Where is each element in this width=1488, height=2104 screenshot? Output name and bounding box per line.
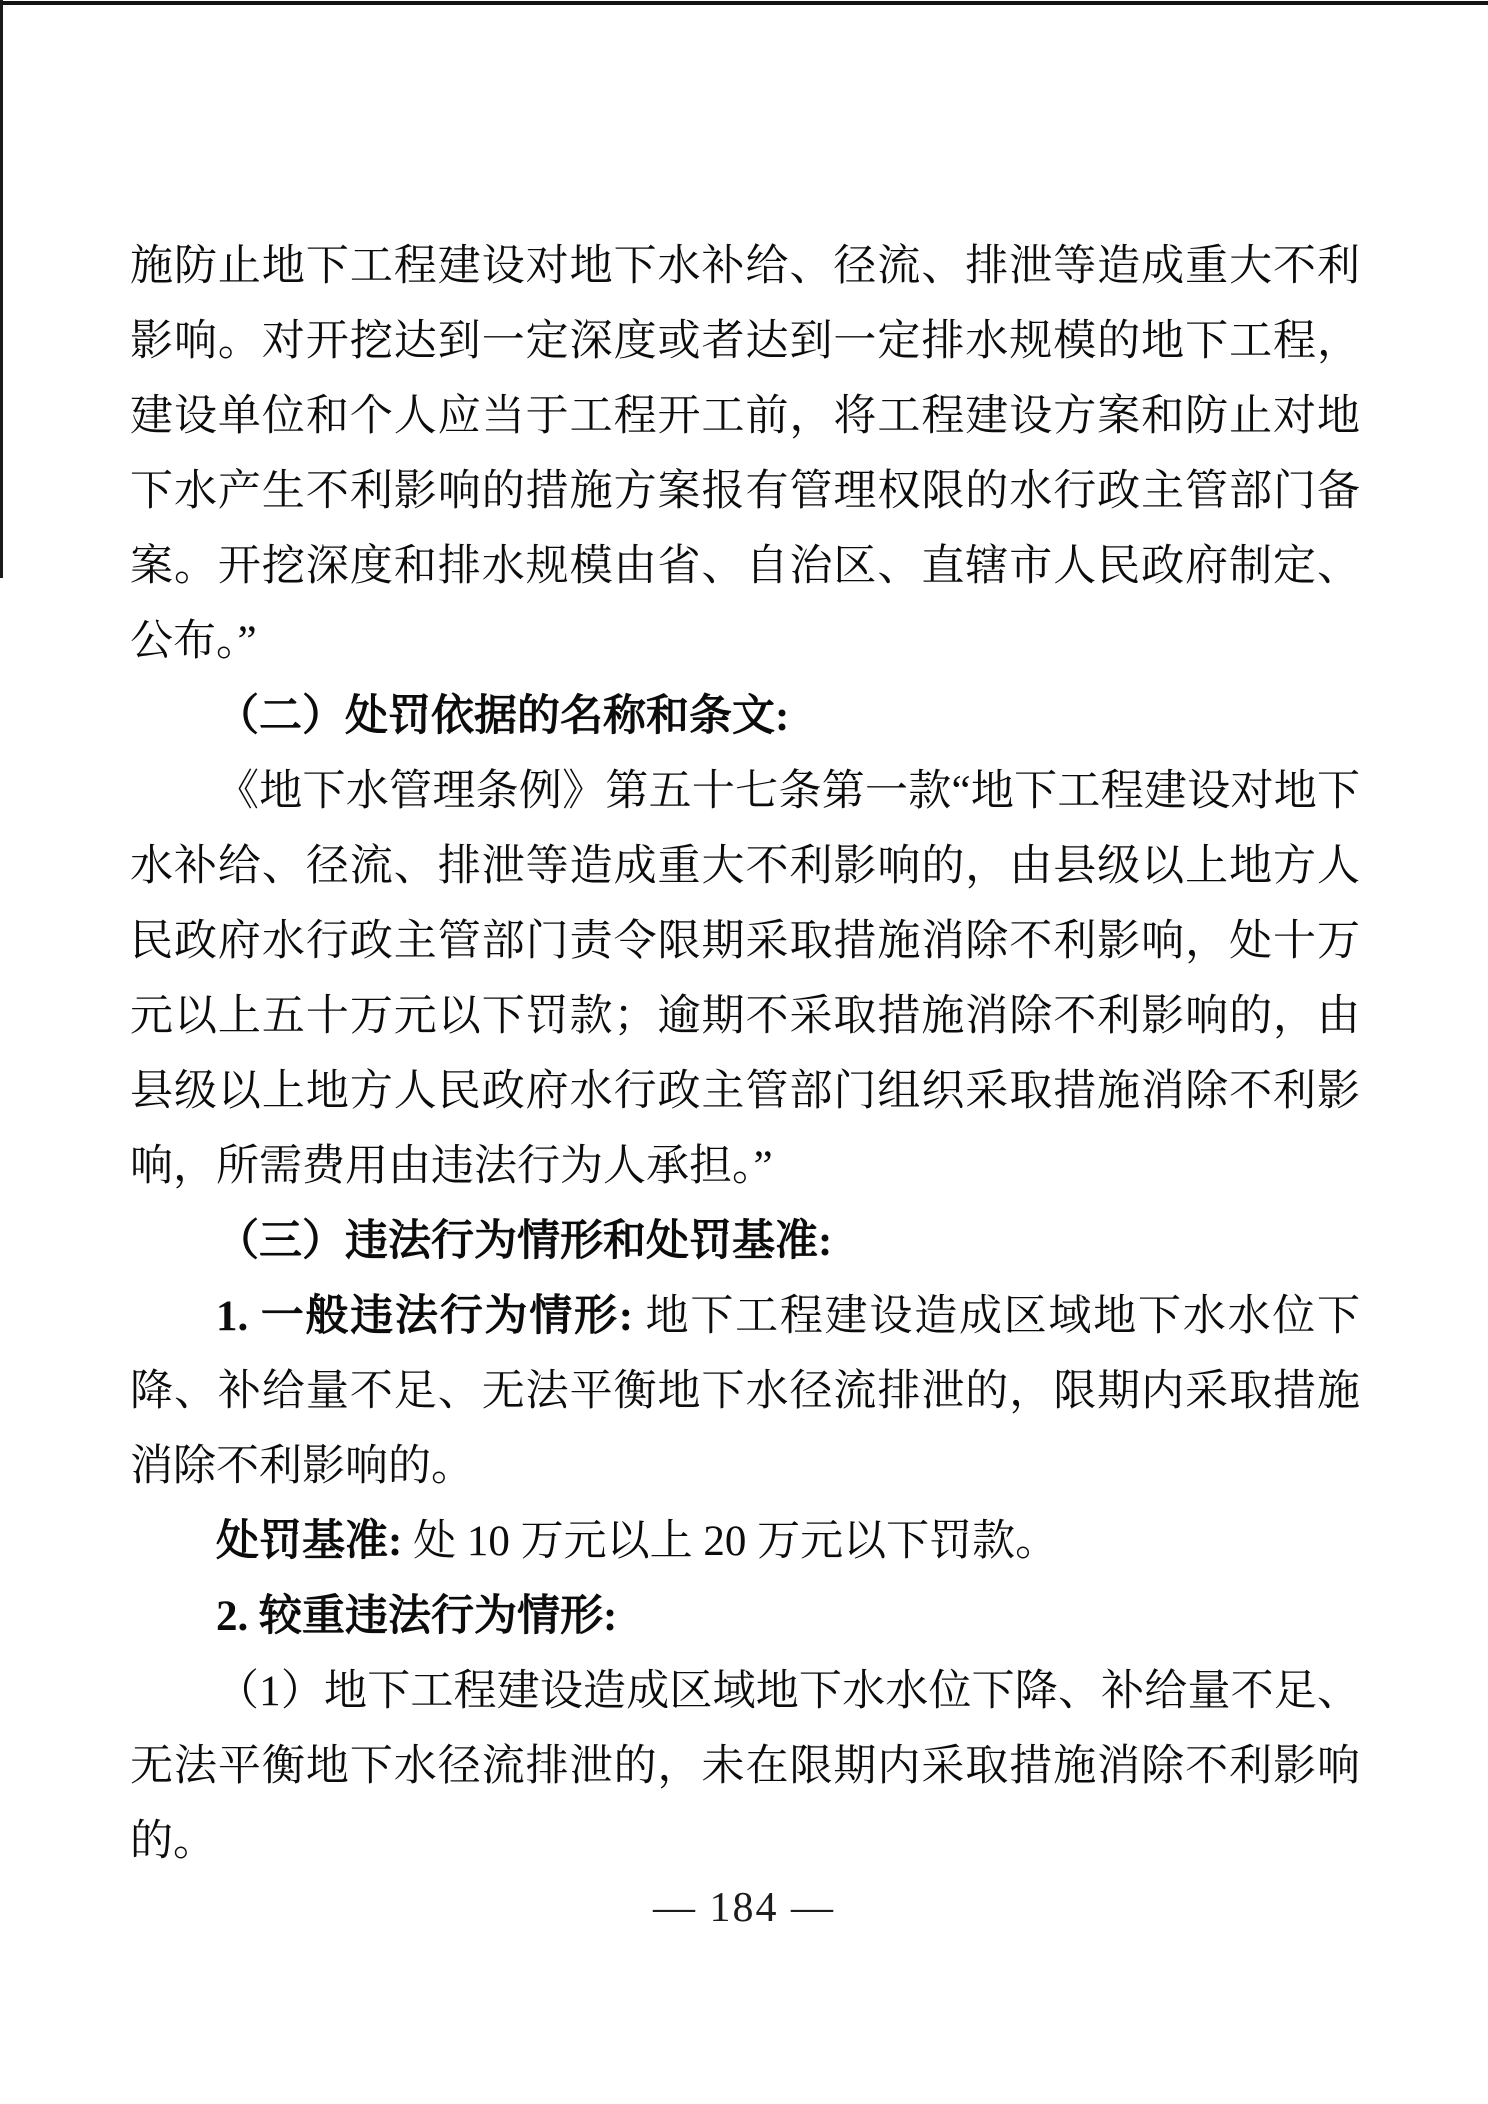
page-number: — 184 — bbox=[0, 1884, 1488, 1932]
section-heading-violations: （三）违法行为情形和处罚基准: bbox=[130, 1204, 1360, 1279]
document-body: 施防止地下工程建设对地下水补给、径流、排泄等造成重大不利影响。对开挖达到一定深度… bbox=[130, 229, 1360, 1879]
document-page: 施防止地下工程建设对地下水补给、径流、排泄等造成重大不利影响。对开挖达到一定深度… bbox=[0, 0, 1488, 2104]
penalty-basis-text: 处 10 万元以上 20 万元以下罚款。 bbox=[402, 1518, 1058, 1565]
paragraph-penalty-basis: 处罚基准: 处 10 万元以上 20 万元以下罚款。 bbox=[130, 1504, 1360, 1579]
paragraph-general-violation: 1. 一般违法行为情形: 地下工程建设造成区域地下水水位下降、补给量不足、无法平… bbox=[130, 1279, 1360, 1504]
page-left-border-line bbox=[0, 0, 3, 578]
paragraph-continuation: 施防止地下工程建设对地下水补给、径流、排泄等造成重大不利影响。对开挖达到一定深度… bbox=[130, 229, 1360, 679]
paragraph-serious-violation: 2. 较重违法行为情形: bbox=[130, 1579, 1360, 1654]
serious-violation-label: 2. 较重违法行为情形: bbox=[216, 1593, 617, 1640]
paragraph-serious-violation-item-1: （1）地下工程建设造成区域地下水水位下降、补给量不足、无法平衡地下水径流排泄的，… bbox=[130, 1654, 1360, 1879]
page-top-border-line bbox=[0, 1, 1488, 5]
penalty-basis-label: 处罚基准: bbox=[216, 1518, 402, 1565]
paragraph-regulation-quote: 《地下水管理条例》第五十七条第一款“地下工程建设对地下水补给、径流、排泄等造成重… bbox=[130, 754, 1360, 1204]
general-violation-label: 1. 一般违法行为情形: bbox=[216, 1293, 633, 1340]
section-heading-basis: （二）处罚依据的名称和条文: bbox=[130, 679, 1360, 754]
